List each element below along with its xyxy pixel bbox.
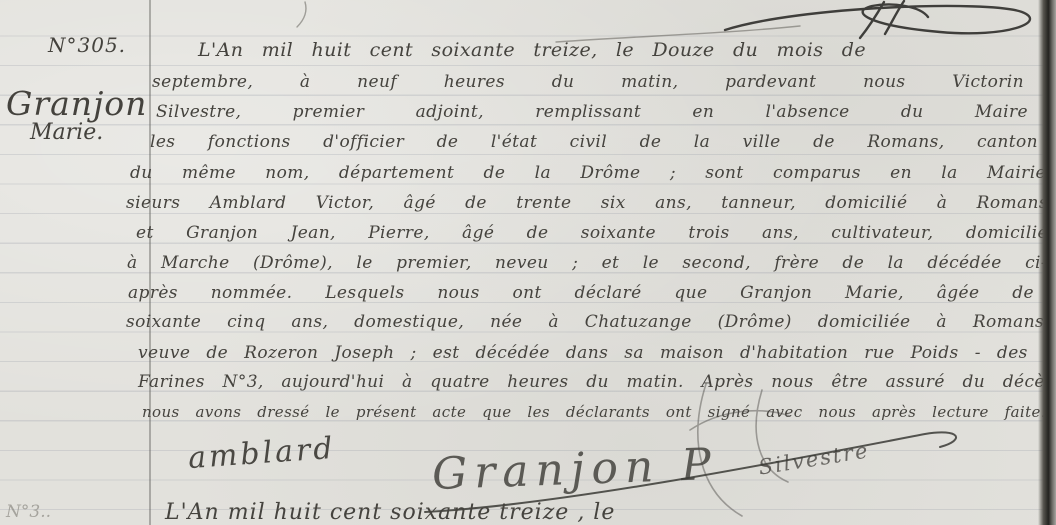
body-line: après nommée. Lesquels nous ont déclaré … [128,279,1034,308]
deceased-surname: Granjon [6,84,147,123]
next-act-first-line: L'An mil huit cent soixante treize , le [165,500,615,525]
body-line: et Granjon Jean, Pierre, âgé de soixante… [136,219,1048,248]
body-line: L'An mil huit cent soixante treize, le D… [198,36,866,65]
body-line: septembre, à neuf heures du matin, parde… [152,68,1024,97]
signature-granjon: Granjon P [431,439,718,500]
act-number: N°305. [48,33,126,57]
signature-officer: Silvestre [757,438,871,479]
next-act-number: N°3.. [6,502,51,522]
body-line: Silvestre, premier adjoint, remplissant … [156,98,1028,127]
body-line: du même nom, département de la Drôme ; s… [130,159,1046,188]
body-line: nous avons dressé le présent acte que le… [142,398,1046,427]
body-line: à Marche (Drôme), le premier, neveu ; et… [127,249,1047,278]
body-line: Farines N°3, aujourd'hui à quatre heures… [138,368,1054,397]
body-line: veuve de Rozeron Joseph ; est décédée da… [138,339,1050,368]
body-line: soixante cinq ans, domestique, née à Cha… [126,308,1050,337]
deceased-firstname: Marie. [30,120,103,145]
page-edge-shadow [1038,0,1056,525]
body-line: les fonctions d'officier de l'état civil… [150,128,1038,157]
body-line: sieurs Amblard Victor, âgé de trente six… [126,189,1048,218]
register-page: N°305. Granjon Marie. N°3.. L'An mil hui… [0,0,1056,525]
signature-amblard: amblard [187,431,337,476]
